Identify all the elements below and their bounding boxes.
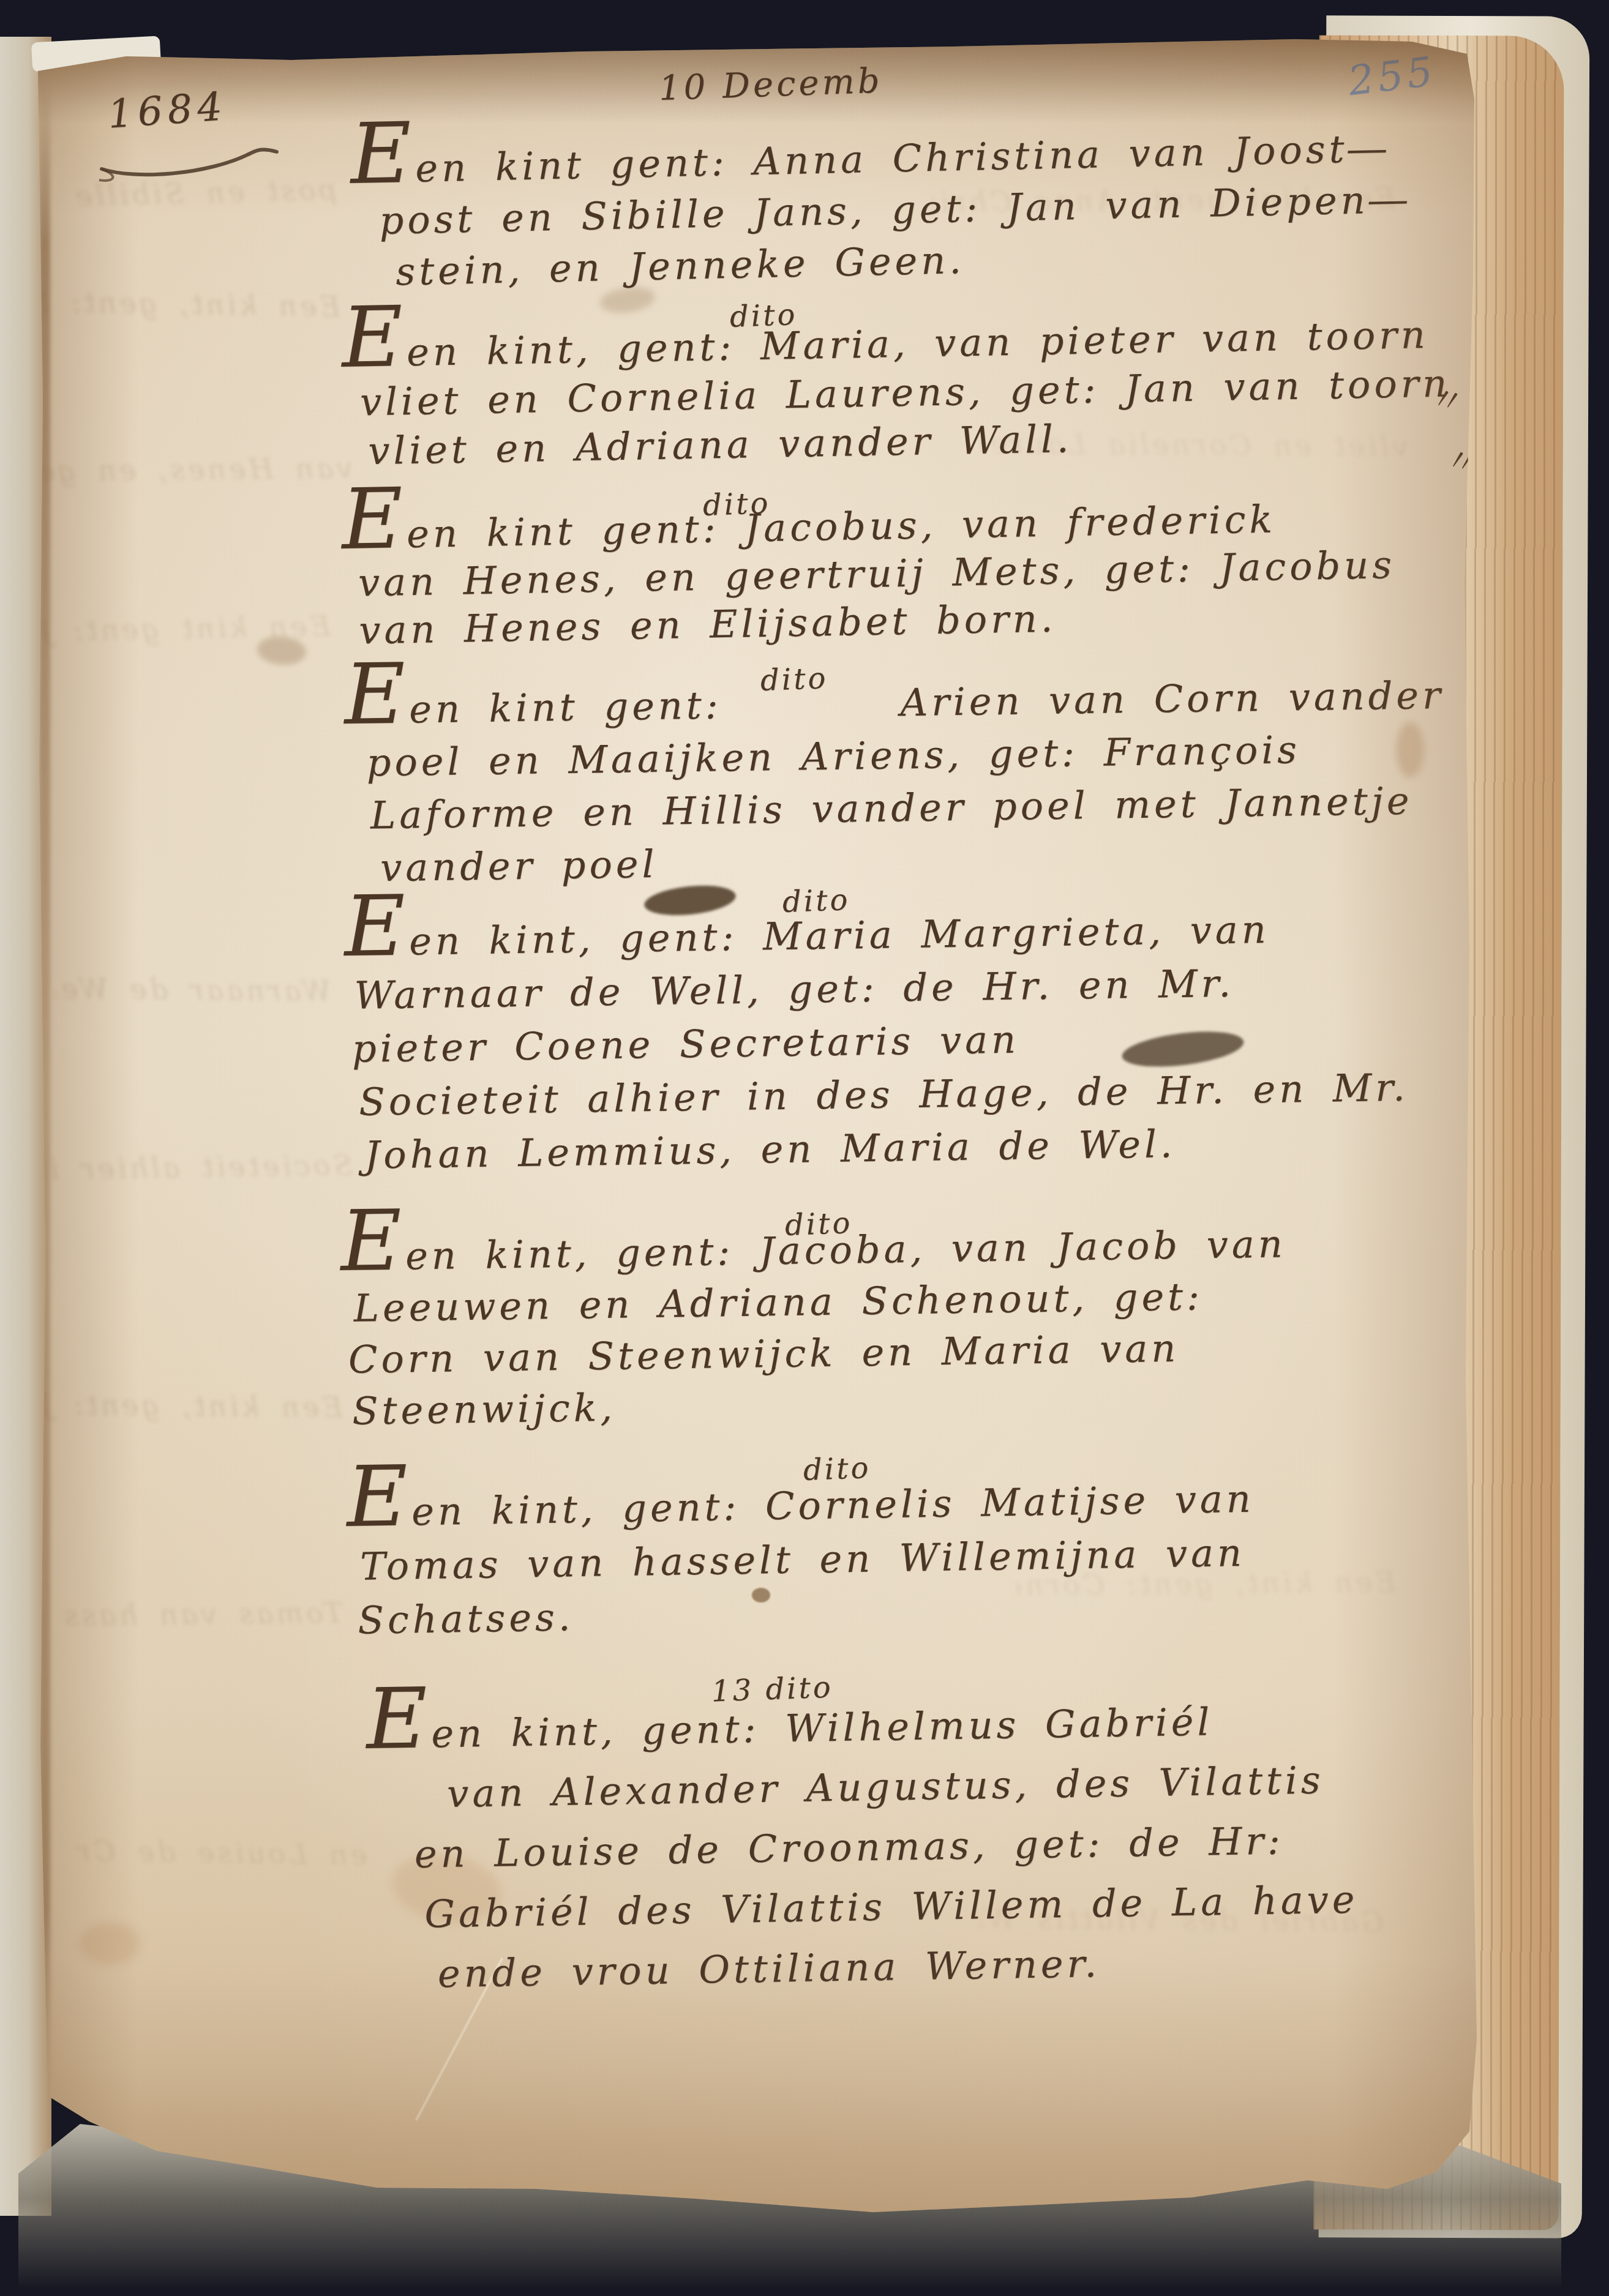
- baptism-entry: Een kint gent: Arien van Corn vanderpoel…: [344, 669, 1447, 895]
- baptism-entry: Een kint, gent: Maria, van pieter van to…: [342, 310, 1452, 476]
- ink-blot-stain: [256, 635, 307, 667]
- baptism-entry: Een kint gent: Jacobus, van frederickvan…: [342, 493, 1397, 655]
- manuscript-scan: 1684 10 Decemb 255 Een kint gent: Anna C…: [0, 0, 1609, 2296]
- manuscript-page: 1684 10 Decemb 255 Een kint gent: Anna C…: [34, 32, 1511, 2219]
- baptism-entry: Een kint, gent: Jacoba, van Jacob vanLee…: [340, 1218, 1289, 1437]
- page-number: 255: [1346, 48, 1439, 105]
- baptism-entry: Een kint, gent: Cornelis Matijse vanToma…: [347, 1472, 1256, 1648]
- bleedthrough-ghost-text: van Henes, en geertruij Mets, get: Jacob…: [34, 452, 353, 488]
- date-heading: 10 Decemb: [658, 61, 883, 109]
- bleedthrough-ghost-text: Warnaar de Well, get: de Hr. en Mr.: [55, 972, 331, 1008]
- bleedthrough-ghost-text: Tomas van hasselt en Willemijna van: [61, 1596, 343, 1632]
- bleedthrough-ghost-text: Societeit alhier in des Hage, de Hr. en …: [34, 1148, 353, 1186]
- baptism-entry: Een kint, gent: Wilhelmus Gabriélvan Ale…: [366, 1690, 1360, 2005]
- bleedthrough-ghost-text: en Louise de Croonmas, get: de Hr:: [73, 1834, 368, 1872]
- bleedthrough-ghost-text: Een kint gent: Jacobus, van frederick: [37, 610, 331, 648]
- year-label: 1684: [107, 84, 229, 137]
- year-underline-flourish: [98, 140, 282, 182]
- baptism-entry: Een kint, gent: Maria Margrieta, vanWarn…: [344, 901, 1410, 1182]
- baptism-entry: Een kint gent: Anna Christina van Joost―…: [350, 122, 1412, 299]
- bleedthrough-ghost-text: Een kint, gent: Maria, van pieter van to…: [34, 285, 341, 324]
- ink-blot-stain: [80, 1922, 141, 1965]
- bleedthrough-ghost-text: Een kint, gent: Jacoba, van Jacob van: [37, 1388, 343, 1424]
